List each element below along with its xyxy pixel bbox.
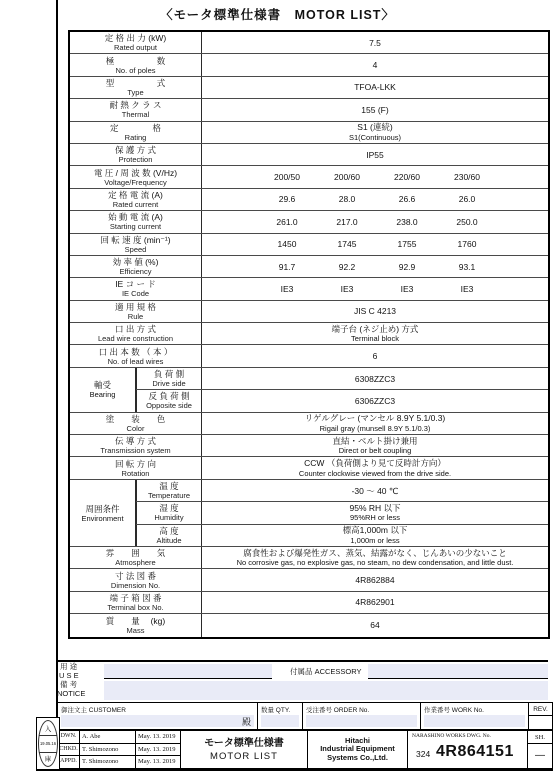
spec-group-label: 軸受Bearing xyxy=(70,368,136,412)
spec-label-jp: 質 量 (kg) xyxy=(70,616,201,626)
stamp-divider xyxy=(39,752,57,753)
spec-value-cell: 26.0 xyxy=(437,194,497,204)
drawing-number-label: NARASHINO WORKS DWG. No. xyxy=(408,731,527,739)
spec-row: 極 数No. of poles4 xyxy=(70,54,548,76)
drawing-number-box: NARASHINO WORKS DWG. No. 324 4R864151 xyxy=(408,731,528,768)
spec-label-en: Opposite side xyxy=(137,401,201,410)
stamp-bottom-char: 庫 xyxy=(37,756,59,763)
use-label-en: U S E xyxy=(59,672,79,680)
customer-label: 御注文主 CUSTOMER xyxy=(58,703,257,714)
spec-value: 6 xyxy=(202,345,548,366)
spec-value-cell: IE3 xyxy=(437,284,497,294)
spec-label-jp: 伝 導 方 式 xyxy=(70,436,201,446)
customer-blank-field xyxy=(61,715,254,727)
spec-value-en: S1(Continuous) xyxy=(202,133,548,143)
spec-value-cell: 92.9 xyxy=(377,262,437,272)
spec-value-text: 155 (F) xyxy=(202,105,548,115)
company-name-line: Systems Co.,Ltd. xyxy=(308,754,407,763)
spec-value-en: 1,000m or less xyxy=(202,536,548,546)
spec-value-columns: 200/50200/60220/60230/60 xyxy=(202,172,548,182)
spec-value-cell: 250.0 xyxy=(437,217,497,227)
page-title: 〈モータ標準仕様書 MOTOR LIST〉 xyxy=(0,5,555,23)
use-label-jp: 用 途 xyxy=(60,663,77,671)
sheet-left-frame-line xyxy=(56,0,58,771)
spec-value-jp: リゲルグレー (マンセル 8.9Y 5.1/0.3) xyxy=(202,413,548,424)
spec-label-en: Temperature xyxy=(137,491,201,500)
spec-value-jp: 端子台 (ネジ止め) 方式 xyxy=(202,324,548,335)
spec-label: 口 出 本 数 （ 本 ）No. of lead wires xyxy=(70,345,202,366)
spec-value-cell: 1755 xyxy=(377,239,437,249)
approval-date: May. 13. 2019 xyxy=(136,731,180,743)
order-blank-field xyxy=(306,715,417,727)
spec-label-en: Lead wire construction xyxy=(70,334,201,343)
spec-row: 寸 法 図 番Dimension No.4R862884 xyxy=(70,569,548,591)
spec-row: 温 度Temperature-30 ～ 40 ℃ xyxy=(70,480,548,502)
spec-value-cell: 91.7 xyxy=(257,262,317,272)
spec-value-cell: 200/50 xyxy=(257,172,317,182)
approval-name: T. Shimozono xyxy=(80,744,136,756)
spec-value: 91.792.292.993.1 xyxy=(202,256,548,277)
spec-label-en: Rated output xyxy=(70,43,201,52)
spec-value: IE3IE3IE3IE3 xyxy=(202,278,548,299)
spec-value-cell: 1760 xyxy=(437,239,497,249)
spec-value-en: Counter clockwise viewed from the drive … xyxy=(202,469,548,479)
approval-role: APPD. xyxy=(58,756,80,768)
approval-row-chkd: CHKD. T. Shimozono May. 13. 2019 xyxy=(58,744,180,757)
customer-row: 御注文主 CUSTOMER 殿 数量 QTY. 受注番号 ORDER No. 作… xyxy=(57,702,553,730)
spec-value-jp: 標高1,000m 以下 xyxy=(202,525,548,536)
spec-value-cell: 220/60 xyxy=(377,172,437,182)
spec-label-en: Rotation xyxy=(70,469,201,478)
spec-label: 回 転 速 度 (min⁻¹)Speed xyxy=(70,234,202,255)
spec-label: 口 出 方 式Lead wire construction xyxy=(70,323,202,344)
spec-label-jp: 耐 熱 ク ラ ス xyxy=(70,100,201,110)
spec-row: 質 量 (kg)Mass64 xyxy=(70,614,548,636)
spec-label-jp: 効 率 値 (%) xyxy=(70,257,201,267)
spec-value-text: -30 ～ 40 ℃ xyxy=(202,486,548,496)
document-name-box: モータ標準仕様書 MOTOR LIST xyxy=(181,731,308,768)
spec-value-cell: 1745 xyxy=(317,239,377,249)
spec-row: 反 負 荷 側Opposite side6306ZZC3 xyxy=(70,390,548,412)
spec-label-jp: 口 出 本 数 （ 本 ） xyxy=(70,347,201,357)
footer-bottom-line xyxy=(36,769,553,771)
spec-value-text: 6308ZZC3 xyxy=(202,374,548,384)
spec-label-en: Type xyxy=(70,88,201,97)
spec-label-jp: 定 格 出 力 (kW) xyxy=(70,33,201,43)
spec-row: 負 荷 側Drive side6308ZZC3 xyxy=(70,368,548,390)
spec-sublabel: 温 度Temperature xyxy=(136,480,202,501)
spec-row: 始 動 電 流 (A)Starting current261.0217.0238… xyxy=(70,211,548,233)
spec-value-text: 64 xyxy=(202,620,548,630)
spec-value: 261.0217.0238.0250.0 xyxy=(202,211,548,232)
spec-label-en: Efficiency xyxy=(70,267,201,276)
spec-value: -30 ～ 40 ℃ xyxy=(202,480,548,501)
spec-label: 回 転 方 向Rotation xyxy=(70,457,202,478)
approval-name: A. Abe xyxy=(80,731,136,743)
order-label: 受注番号 ORDER No. xyxy=(303,703,420,714)
spec-label-en: No. of lead wires xyxy=(70,357,201,366)
spec-value-text: 4R862884 xyxy=(202,575,548,585)
spec-value: JIS C 4213 xyxy=(202,301,548,322)
spec-label-en: Voltage/Frequency xyxy=(70,178,201,187)
spec-label: 雰 囲 気Atmosphere xyxy=(70,547,202,568)
spec-label-jp: 電 圧 / 周 波 数 (V/Hz) xyxy=(70,168,201,178)
spec-group-en: Environment xyxy=(70,514,135,523)
spec-label: 端 子 箱 図 番Terminal box No. xyxy=(70,592,202,613)
spec-label-jp: IE コ ー ド xyxy=(70,279,201,289)
spec-label-en: Humidity xyxy=(137,513,201,522)
receiving-stamp: 入 19.05.16 庫 xyxy=(36,717,60,770)
spec-value-cell: 217.0 xyxy=(317,217,377,227)
notice-blank-field xyxy=(104,681,548,700)
spec-label-en: Dimension No. xyxy=(70,581,201,590)
spec-value: リゲルグレー (マンセル 8.9Y 5.1/0.3)Rigail gray (m… xyxy=(202,413,548,434)
approval-table: DWN. A. Abe May. 13. 2019 CHKD. T. Shimo… xyxy=(58,731,181,768)
spec-label-en: Starting current xyxy=(70,222,201,231)
spec-value-cell: 230/60 xyxy=(437,172,497,182)
spec-value-text: IP55 xyxy=(202,150,548,160)
spec-label-en: Mass xyxy=(70,626,201,635)
spec-label-jp: 定 格 電 流 (A) xyxy=(70,190,201,200)
spec-value: 155 (F) xyxy=(202,99,548,120)
spec-row: 定 格 出 力 (kW)Rated output7.5 xyxy=(70,32,548,54)
spec-value-columns: 91.792.292.993.1 xyxy=(202,262,548,272)
spec-label-jp: 負 荷 側 xyxy=(137,369,201,379)
title-block: DWN. A. Abe May. 13. 2019 CHKD. T. Shimo… xyxy=(57,730,553,769)
approval-role: CHKD. xyxy=(58,744,80,756)
spec-group-label: 周囲条件Environment xyxy=(70,480,136,546)
spec-label-en: Rating xyxy=(70,133,201,142)
spec-sublabel: 負 荷 側Drive side xyxy=(136,368,202,389)
spec-value-cell: IE3 xyxy=(377,284,437,294)
stamp-date: 19.05.16 xyxy=(39,742,57,747)
spec-label-jp: 適 用 規 格 xyxy=(70,302,201,312)
approval-date: May. 13. 2019 xyxy=(136,756,180,768)
approval-role: DWN. xyxy=(58,731,80,743)
sheet-label: SH. xyxy=(528,731,552,744)
spec-label-en: Protection xyxy=(70,155,201,164)
work-blank-field xyxy=(424,715,525,727)
spec-sublabel: 反 負 荷 側Opposite side xyxy=(136,390,202,411)
spec-value-columns: 1450174517551760 xyxy=(202,239,548,249)
spec-value-cell: IE3 xyxy=(257,284,317,294)
customer-suffix: 殿 xyxy=(242,715,251,728)
spec-value-cell: 200/60 xyxy=(317,172,377,182)
spec-value: TFOA-LKK xyxy=(202,77,548,98)
spec-value-text: 7.5 xyxy=(202,38,548,48)
spec-row: 適 用 規 格RuleJIS C 4213 xyxy=(70,301,548,323)
spec-value-cell: 261.0 xyxy=(257,217,317,227)
spec-row: 回 転 方 向RotationCCW （負荷側より見て反時計方向）Counter… xyxy=(70,457,548,479)
document-name-en: MOTOR LIST xyxy=(181,750,307,763)
spec-value: 腐食性および爆発性ガス、蒸気、結露がなく、じんあいの少ないことNo corros… xyxy=(202,547,548,568)
spec-value-text: 4 xyxy=(202,60,548,70)
spec-group-jp: 周囲条件 xyxy=(70,504,135,514)
spec-label: 質 量 (kg)Mass xyxy=(70,614,202,636)
spec-value-text: TFOA-LKK xyxy=(202,82,548,92)
sheet-value: — xyxy=(528,744,552,768)
spec-value-cell: 93.1 xyxy=(437,262,497,272)
spec-value: 4 xyxy=(202,54,548,75)
spec-value: 端子台 (ネジ止め) 方式Terminal block xyxy=(202,323,548,344)
spec-row: 効 率 値 (%)Efficiency91.792.292.993.1 xyxy=(70,256,548,278)
spec-value: 29.628.026.626.0 xyxy=(202,189,548,210)
spec-label-en: Transmission system xyxy=(70,446,201,455)
spec-row: 湿 度Humidity95% RH 以下95%RH or less xyxy=(70,502,548,524)
spec-group-jp: 軸受 xyxy=(70,380,135,390)
motor-spec-sheet: 〈モータ標準仕様書 MOTOR LIST〉 定 格 出 力 (kW)Rated … xyxy=(0,0,555,773)
spec-value: 200/50200/60220/60230/60 xyxy=(202,166,548,187)
spec-label-jp: 端 子 箱 図 番 xyxy=(70,593,201,603)
spec-label-en: Thermal xyxy=(70,110,201,119)
spec-label-en: Speed xyxy=(70,245,201,254)
spec-value: 64 xyxy=(202,614,548,636)
spec-value-cell: 28.0 xyxy=(317,194,377,204)
rev-box: REV. xyxy=(529,703,552,729)
stamp-divider xyxy=(39,735,57,736)
approval-row-appd: APPD. T. Shimozono May. 13. 2019 xyxy=(58,756,180,768)
spec-label-jp: 高 度 xyxy=(137,526,201,536)
spec-value-text: 4R862901 xyxy=(202,597,548,607)
spec-label-en: Color xyxy=(70,424,201,433)
approval-row-dwn: DWN. A. Abe May. 13. 2019 xyxy=(58,731,180,744)
spec-label: 定 格 電 流 (A)Rated current xyxy=(70,189,202,210)
spec-label-jp: 湿 度 xyxy=(137,503,201,513)
spec-label: 伝 導 方 式Transmission system xyxy=(70,435,202,456)
spec-label: IE コ ー ドIE Code xyxy=(70,278,202,299)
spec-value-cell: IE3 xyxy=(317,284,377,294)
spec-label: 塗 装 色Color xyxy=(70,413,202,434)
spec-label: 極 数No. of poles xyxy=(70,54,202,75)
spec-value-jp: S1 (連続) xyxy=(202,122,548,133)
spec-row: 電 圧 / 周 波 数 (V/Hz)Voltage/Frequency200/5… xyxy=(70,166,548,188)
approval-date: May. 13. 2019 xyxy=(136,744,180,756)
spec-row: 定 格RatingS1 (連続)S1(Continuous) xyxy=(70,122,548,144)
spec-row: 端 子 箱 図 番Terminal box No.4R862901 xyxy=(70,592,548,614)
spec-value: 95% RH 以下95%RH or less xyxy=(202,502,548,523)
spec-value-jp: CCW （負荷側より見て反時計方向） xyxy=(202,458,548,469)
spec-label: 適 用 規 格Rule xyxy=(70,301,202,322)
spec-label-jp: 反 負 荷 側 xyxy=(137,391,201,401)
customer-box: 御注文主 CUSTOMER 殿 xyxy=(58,703,258,729)
spec-row: IE コ ー ドIE CodeIE3IE3IE3IE3 xyxy=(70,278,548,300)
accessory-label: 付属品 ACCESSORY xyxy=(290,668,362,676)
spec-label-jp: 始 動 電 流 (A) xyxy=(70,212,201,222)
stamp-top-char: 入 xyxy=(37,726,59,733)
spec-label: 定 格Rating xyxy=(70,122,202,143)
spec-label-jp: 回 転 速 度 (min⁻¹) xyxy=(70,235,201,245)
spec-value-text: 6 xyxy=(202,351,548,361)
spec-label-en: Drive side xyxy=(137,379,201,388)
spec-value: CCW （負荷側より見て反時計方向）Counter clockwise view… xyxy=(202,457,548,478)
spec-sublabel: 湿 度Humidity xyxy=(136,502,202,523)
drawing-number: 4R864151 xyxy=(436,743,514,761)
notice-label-en: NOTICE xyxy=(57,690,85,698)
spec-label-en: IE Code xyxy=(70,289,201,298)
qty-label: 数量 QTY. xyxy=(258,703,302,714)
spec-label-en: Rule xyxy=(70,312,201,321)
spec-value: 4R862884 xyxy=(202,569,548,590)
spec-label: 型 式Type xyxy=(70,77,202,98)
spec-label-jp: 保 護 方 式 xyxy=(70,145,201,155)
spec-label: 電 圧 / 周 波 数 (V/Hz)Voltage/Frequency xyxy=(70,166,202,187)
spec-label: 保 護 方 式Protection xyxy=(70,144,202,165)
spec-table: 定 格 出 力 (kW)Rated output7.5極 数No. of pol… xyxy=(68,30,550,639)
spec-value: 7.5 xyxy=(202,32,548,53)
spec-row: 伝 導 方 式Transmission system直結・ベルト掛け兼用Dire… xyxy=(70,435,548,457)
drawing-number-prefix: 324 xyxy=(416,749,430,759)
company-box: Hitachi Industrial Equipment Systems Co.… xyxy=(308,731,408,768)
spec-value-en: No corrosive gas, no explosive gas, no s… xyxy=(202,558,548,568)
spec-value-jp: 直結・ベルト掛け兼用 xyxy=(202,436,548,447)
spec-label: 寸 法 図 番Dimension No. xyxy=(70,569,202,590)
accessory-blank-field xyxy=(368,664,548,679)
spec-value-jp: 95% RH 以下 xyxy=(202,503,548,514)
spec-row: 回 転 速 度 (min⁻¹)Speed1450174517551760 xyxy=(70,234,548,256)
spec-value-columns: IE3IE3IE3IE3 xyxy=(202,284,548,294)
spec-row: 定 格 電 流 (A)Rated current29.628.026.626.0 xyxy=(70,189,548,211)
spec-value: S1 (連続)S1(Continuous) xyxy=(202,122,548,143)
spec-value-en: Rigail gray (munsell 8.9Y 5.1/0.3) xyxy=(202,424,548,434)
spec-value-jp: 腐食性および爆発性ガス、蒸気、結露がなく、じんあいの少ないこと xyxy=(202,548,548,559)
spec-value-cell: 238.0 xyxy=(377,217,437,227)
order-box: 受注番号 ORDER No. xyxy=(303,703,421,729)
spec-sublabel: 高 度Altitude xyxy=(136,525,202,546)
qty-box: 数量 QTY. xyxy=(258,703,303,729)
footer-top-line xyxy=(57,660,548,662)
use-blank-field xyxy=(104,664,272,679)
spec-label-jp: 塗 装 色 xyxy=(70,414,201,424)
spec-row: 高 度Altitude標高1,000m 以下1,000m or less xyxy=(70,525,548,547)
spec-label-en: Atmosphere xyxy=(70,558,201,567)
spec-value-text: JIS C 4213 xyxy=(202,306,548,316)
spec-label-en: Terminal box No. xyxy=(70,603,201,612)
spec-label-jp: 定 格 xyxy=(70,123,201,133)
spec-row: 口 出 方 式Lead wire construction端子台 (ネジ止め) … xyxy=(70,323,548,345)
spec-label-jp: 型 式 xyxy=(70,78,201,88)
spec-row: 保 護 方 式ProtectionIP55 xyxy=(70,144,548,166)
spec-value: 直結・ベルト掛け兼用Direct or belt coupling xyxy=(202,435,548,456)
notice-label-jp: 備 考 xyxy=(60,681,77,689)
spec-value: IP55 xyxy=(202,144,548,165)
spec-value-cell: 29.6 xyxy=(257,194,317,204)
spec-label-jp: 口 出 方 式 xyxy=(70,324,201,334)
sheet-number-box: SH. — xyxy=(528,731,552,768)
spec-row: 雰 囲 気Atmosphere腐食性および爆発性ガス、蒸気、結露がなく、じんあい… xyxy=(70,547,548,569)
spec-label-jp: 寸 法 図 番 xyxy=(70,571,201,581)
spec-label: 効 率 値 (%)Efficiency xyxy=(70,256,202,277)
spec-label: 耐 熱 ク ラ スThermal xyxy=(70,99,202,120)
qty-blank-field xyxy=(261,715,299,727)
spec-label: 定 格 出 力 (kW)Rated output xyxy=(70,32,202,53)
spec-value: 1450174517551760 xyxy=(202,234,548,255)
spec-value: 6306ZZC3 xyxy=(202,390,548,411)
spec-label: 始 動 電 流 (A)Starting current xyxy=(70,211,202,232)
spec-label-jp: 雰 囲 気 xyxy=(70,548,201,558)
spec-label-jp: 極 数 xyxy=(70,56,201,66)
spec-value-columns: 29.628.026.626.0 xyxy=(202,194,548,204)
spec-value-columns: 261.0217.0238.0250.0 xyxy=(202,217,548,227)
rev-label: REV. xyxy=(529,703,552,716)
spec-row: 耐 熱 ク ラ スThermal155 (F) xyxy=(70,99,548,121)
spec-row: 型 式TypeTFOA-LKK xyxy=(70,77,548,99)
spec-label-en: Rated current xyxy=(70,200,201,209)
spec-value-cell: 1450 xyxy=(257,239,317,249)
spec-value-text: 6306ZZC3 xyxy=(202,396,548,406)
approval-name: T. Shimozono xyxy=(80,756,136,768)
spec-label-en: Altitude xyxy=(137,536,201,545)
spec-label-jp: 回 転 方 向 xyxy=(70,459,201,469)
spec-value: 6308ZZC3 xyxy=(202,368,548,389)
spec-label-jp: 温 度 xyxy=(137,481,201,491)
spec-row: 口 出 本 数 （ 本 ）No. of lead wires6 xyxy=(70,345,548,367)
spec-row: 塗 装 色Colorリゲルグレー (マンセル 8.9Y 5.1/0.3)Riga… xyxy=(70,413,548,435)
work-label: 作業番号 WORK No. xyxy=(421,703,528,714)
spec-value-cell: 26.6 xyxy=(377,194,437,204)
spec-value-cell: 92.2 xyxy=(317,262,377,272)
document-name-jp: モータ標準仕様書 xyxy=(181,737,307,750)
spec-value: 標高1,000m 以下1,000m or less xyxy=(202,525,548,546)
spec-value-en: Terminal block xyxy=(202,334,548,344)
work-box: 作業番号 WORK No. xyxy=(421,703,529,729)
spec-label-en: No. of poles xyxy=(70,66,201,75)
spec-value-en: Direct or belt coupling xyxy=(202,446,548,456)
spec-value: 4R862901 xyxy=(202,592,548,613)
spec-group-en: Bearing xyxy=(70,390,135,399)
spec-value-en: 95%RH or less xyxy=(202,513,548,523)
